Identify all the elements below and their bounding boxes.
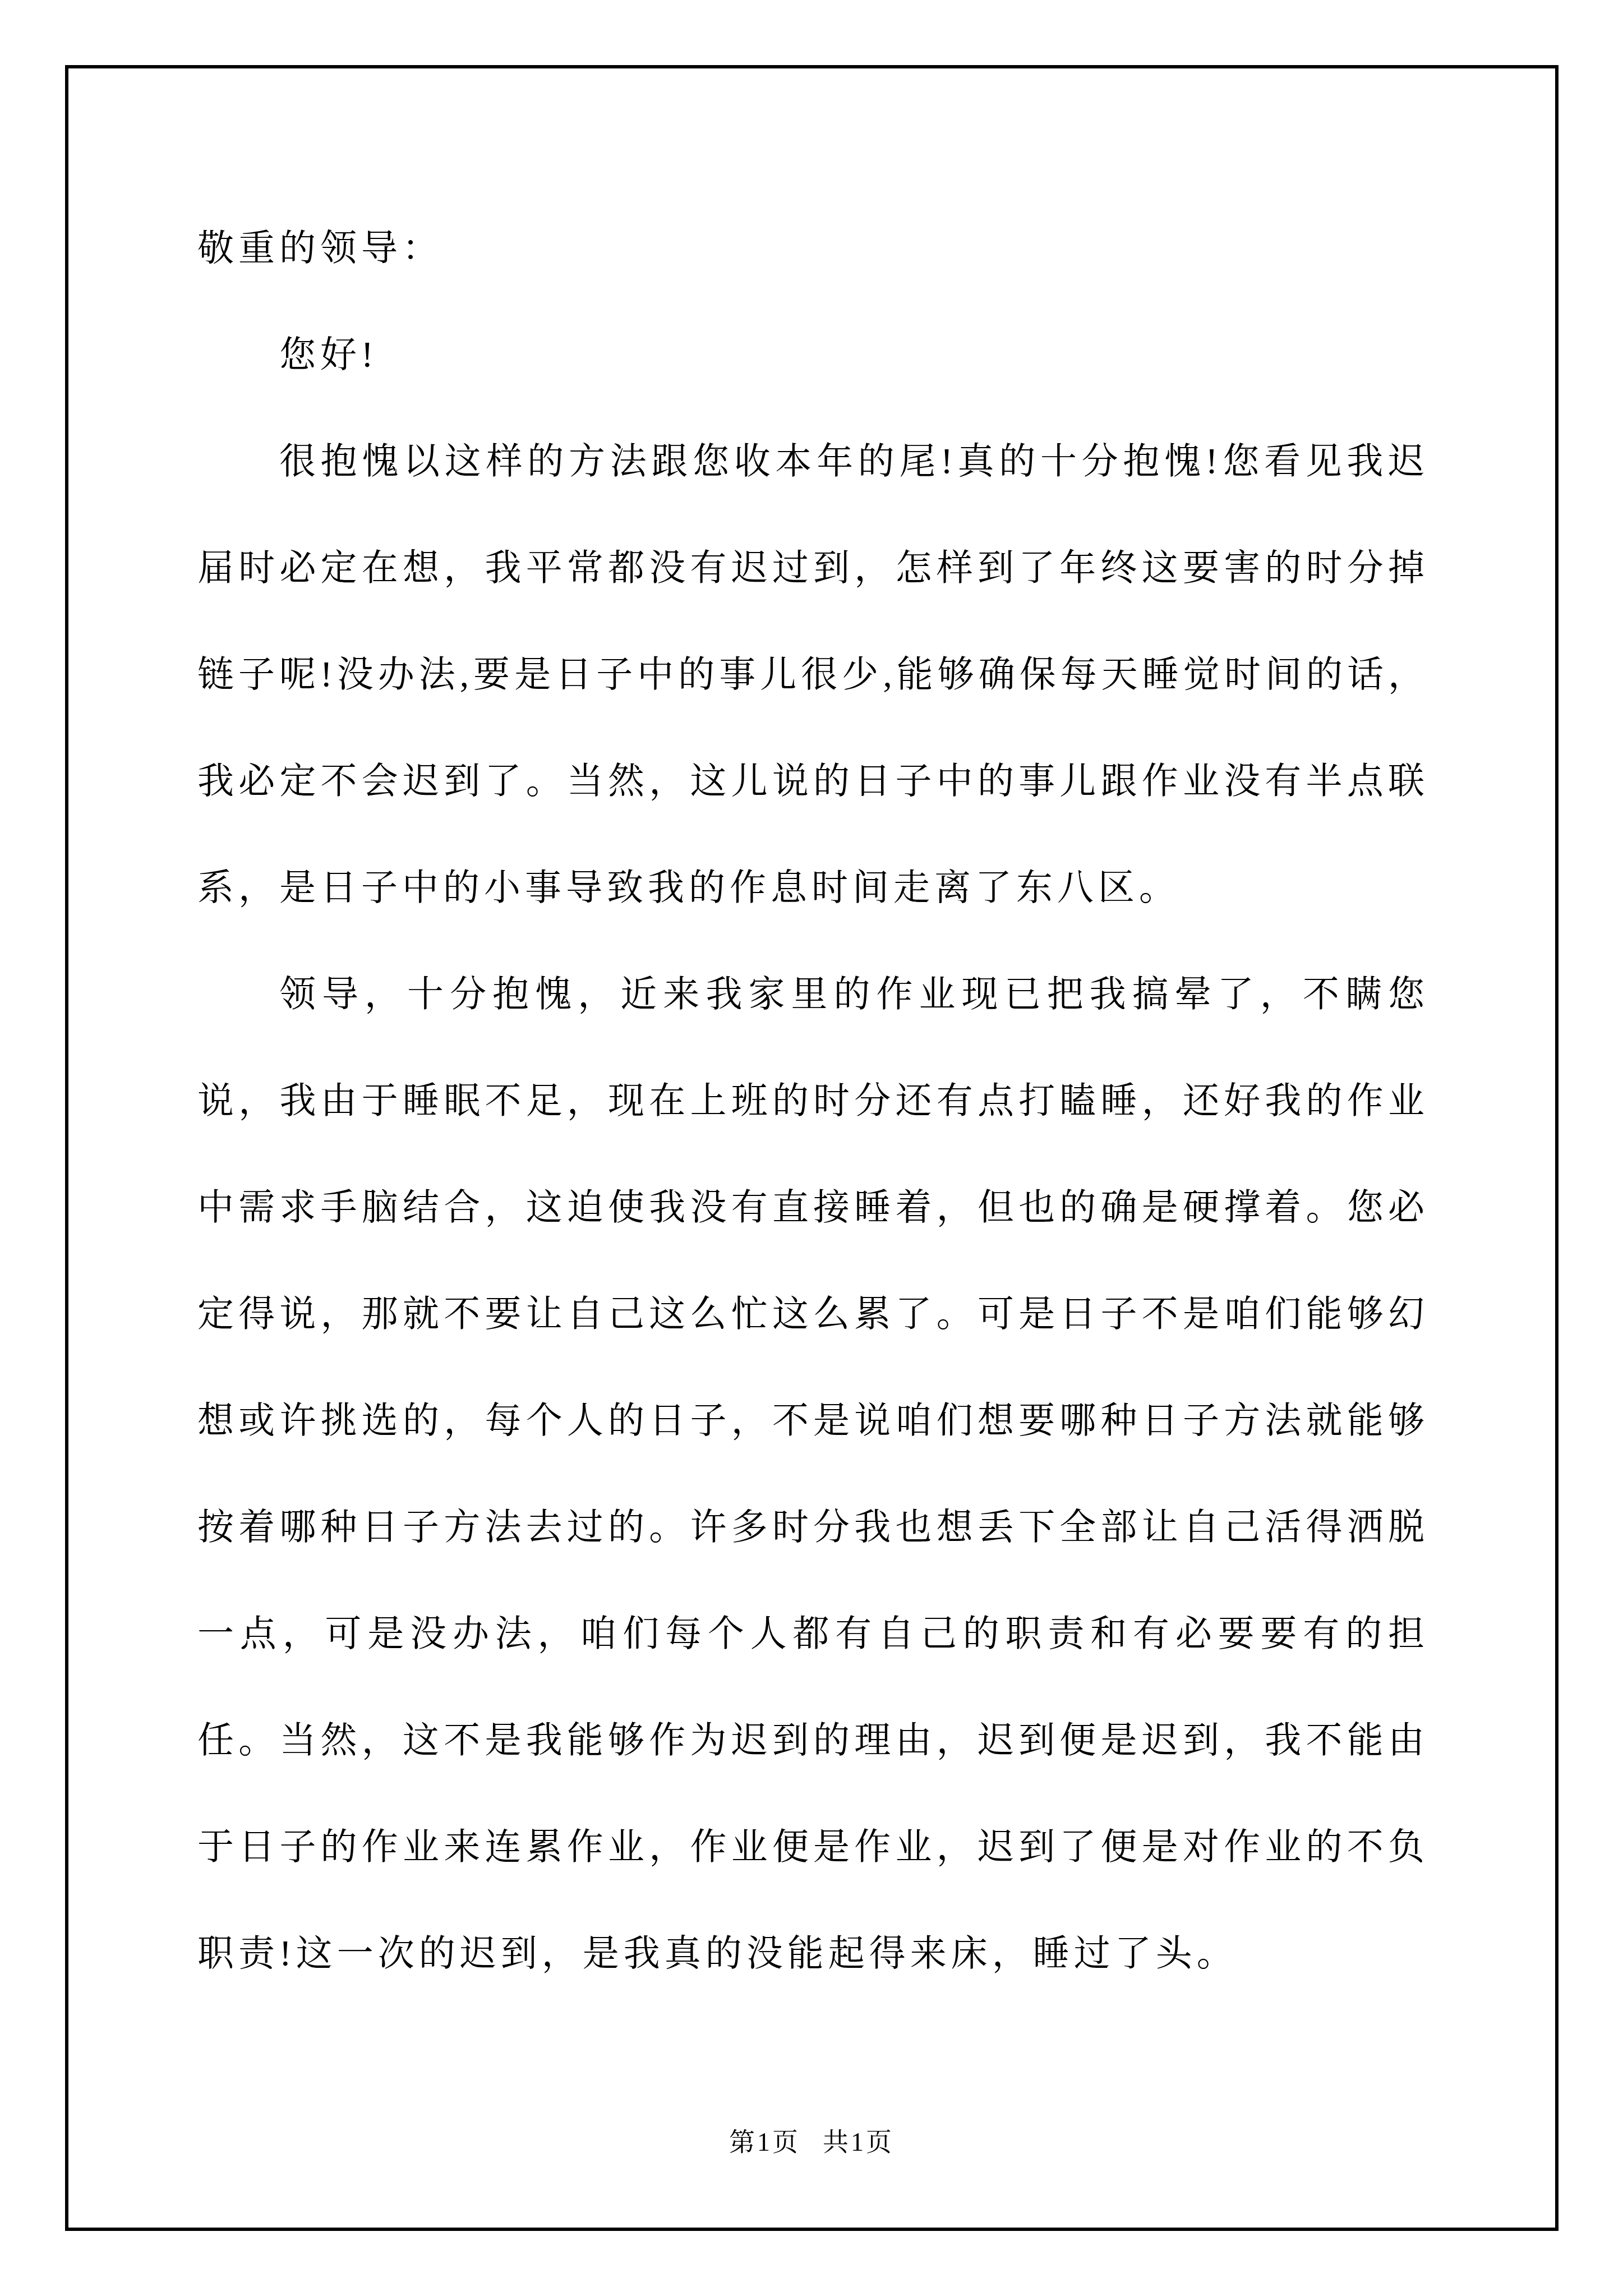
- page-footer: 第1页共1页: [68, 2122, 1555, 2159]
- letter-greeting: 您好!: [197, 302, 1429, 408]
- page-number-label: 第1页: [729, 2128, 800, 2156]
- letter-paragraph-1: 很抱愧以这样的方法跟您收本年的尾!真的十分抱愧!您看见我迟届时必定在想，我平常都…: [197, 408, 1429, 941]
- letter-paragraph-2: 领导，十分抱愧，近来我家里的作业现已把我搞晕了，不瞒您说，我由于睡眠不足，现在上…: [197, 941, 1429, 2007]
- page-total-label: 共1页: [823, 2128, 894, 2156]
- letter-salutation: 敬重的领导：: [197, 195, 1429, 302]
- document-page: 敬重的领导： 您好! 很抱愧以这样的方法跟您收本年的尾!真的十分抱愧!您看见我迟…: [0, 0, 1623, 2296]
- letter-body: 敬重的领导： 您好! 很抱愧以这样的方法跟您收本年的尾!真的十分抱愧!您看见我迟…: [197, 195, 1429, 2007]
